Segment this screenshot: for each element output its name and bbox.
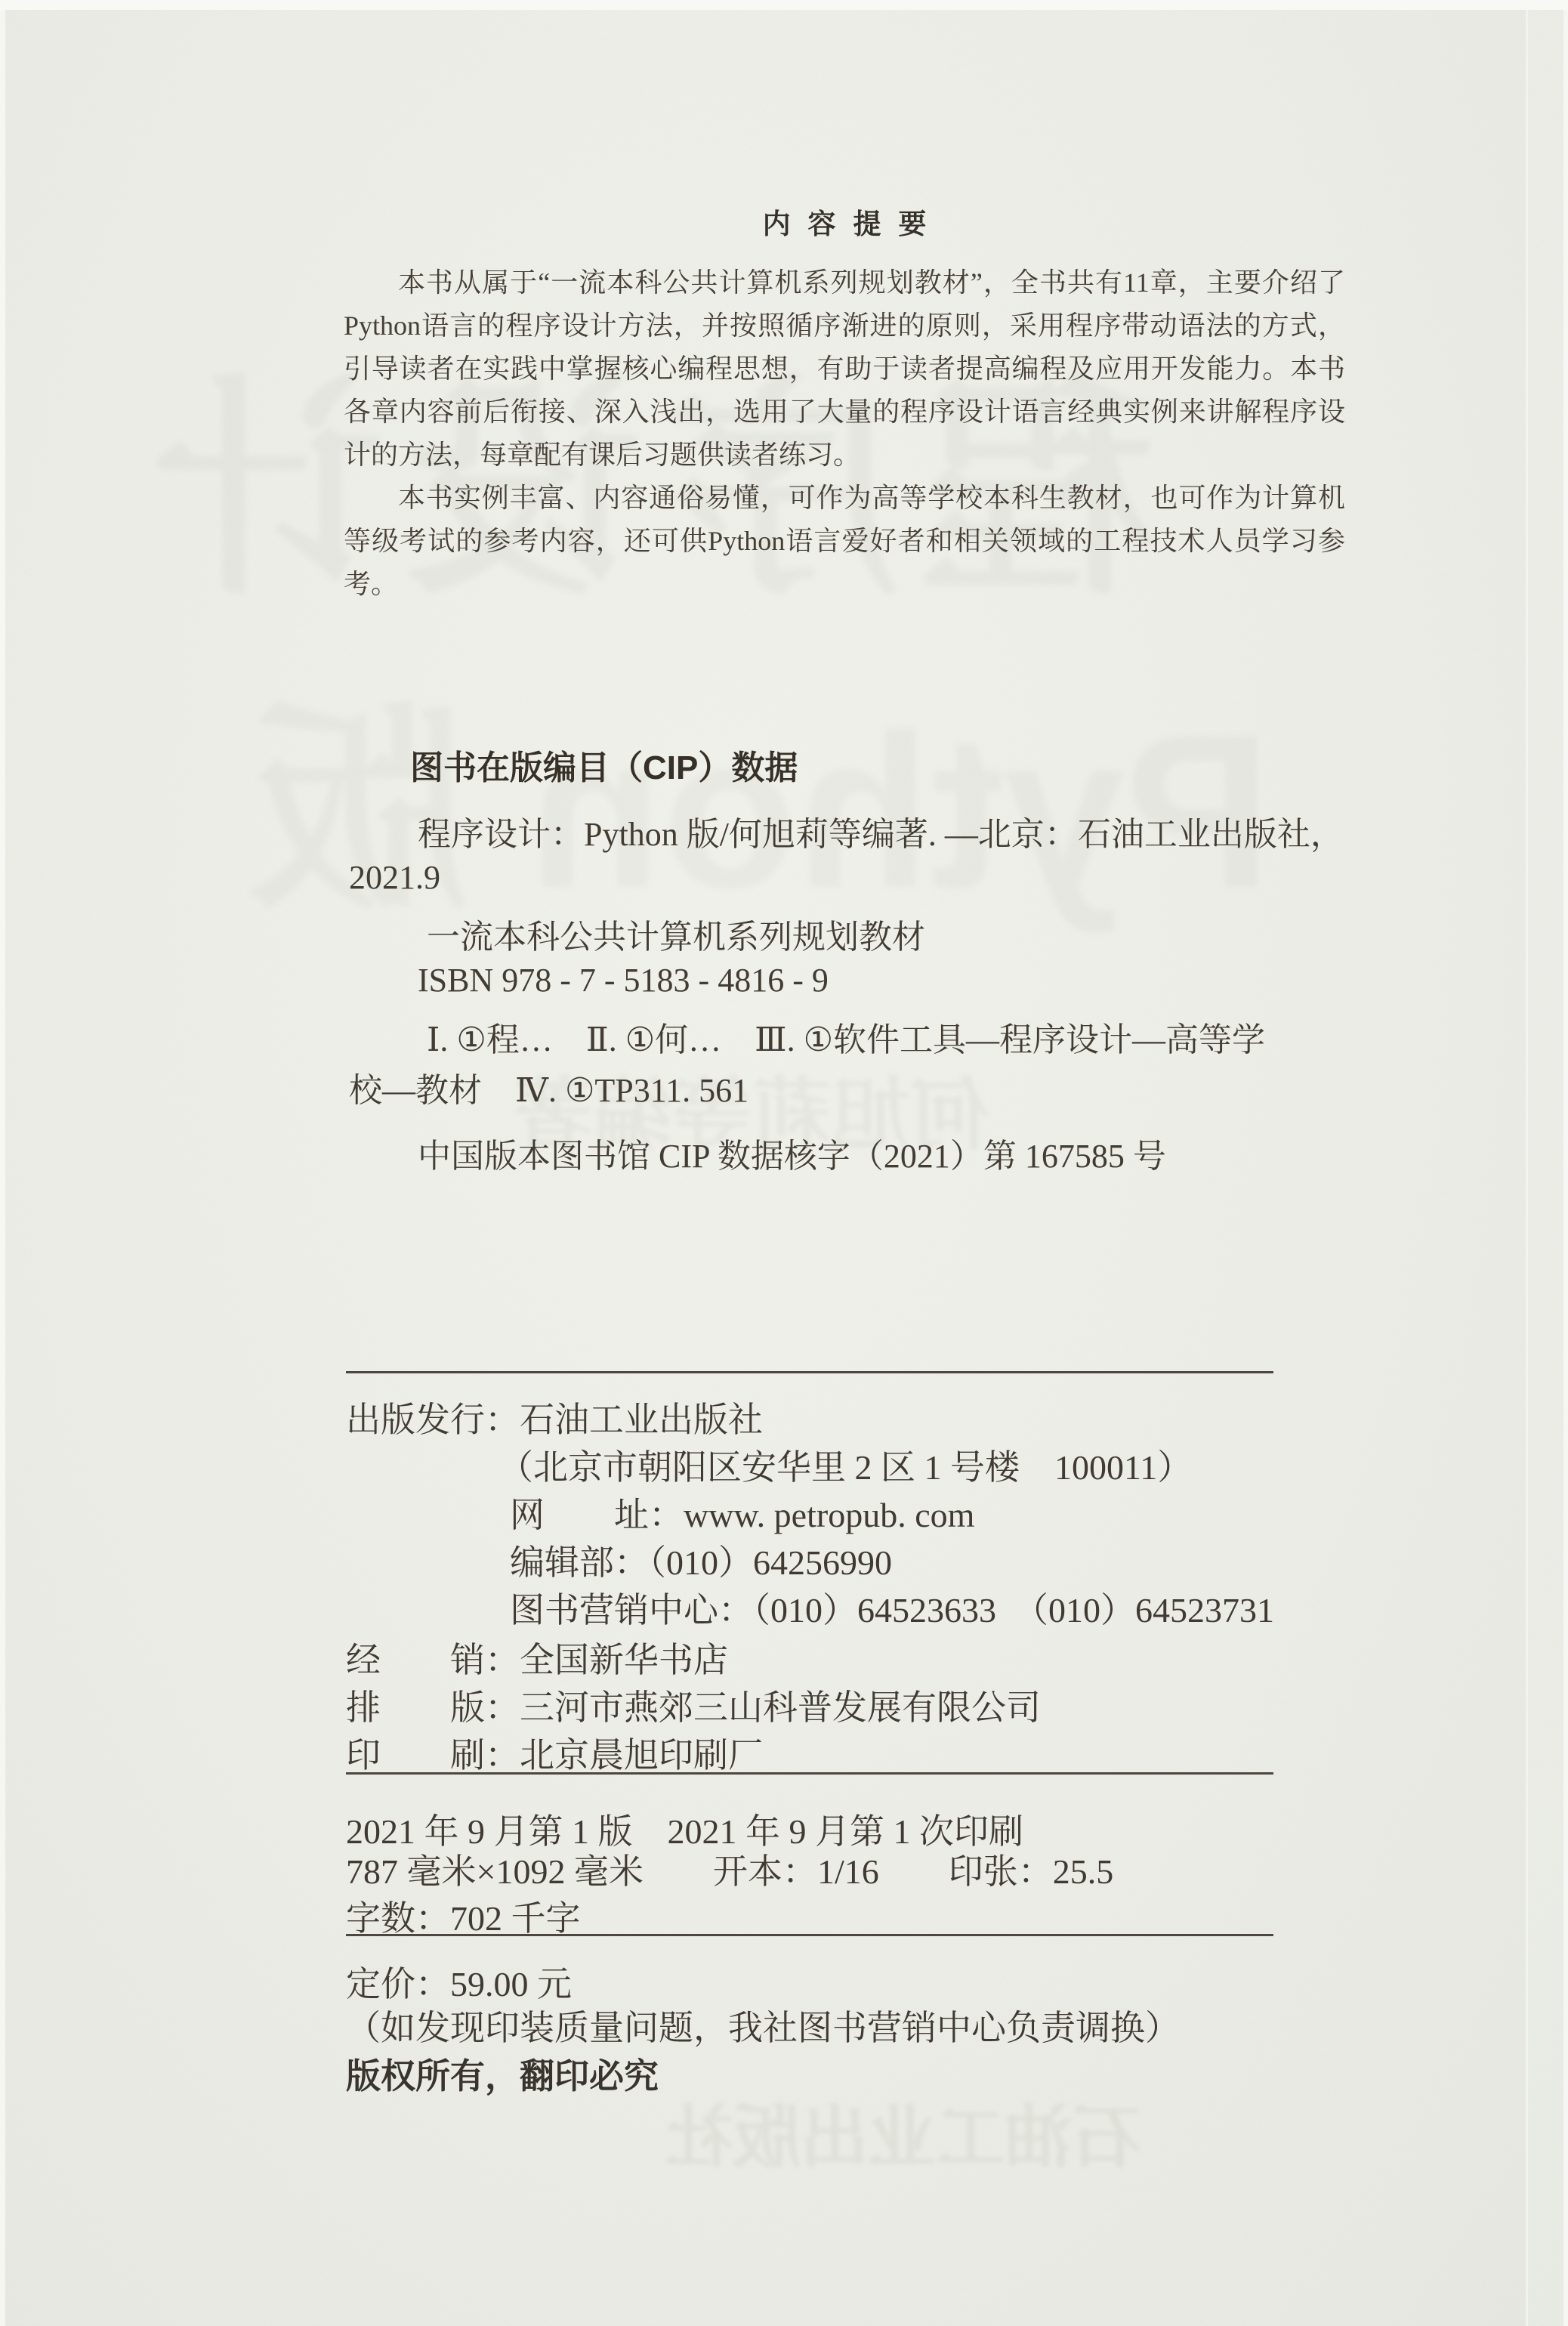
distribution-label: 经 销：: [346, 1641, 520, 1679]
summary-paragraph: 本书实例丰富、内容通俗易懂，可作为高等学校本科生教材，也可作为计算机等级考试的参…: [344, 477, 1345, 606]
scanner-edge-left: [0, 0, 5, 2326]
distribution-row: 经 销：全国新华书店: [346, 1633, 728, 1682]
page-edge-seam: [1526, 0, 1528, 2326]
editorial-dept-phone: （010）64256990: [649, 1543, 892, 1582]
typesetting-label: 排 版：: [346, 1688, 520, 1727]
bleedthrough-publisher-text: 石油工业出版社: [665, 2082, 1141, 2180]
publisher-address: （北京市朝阳区安华里 2 区 1 号楼 100011）: [498, 1448, 1192, 1487]
printer-row: 印 刷：北京晨旭印刷厂: [346, 1728, 763, 1778]
word-count-line: 字数：702 千字: [346, 1891, 581, 1941]
marketing-center-label: 图书营销中心：: [510, 1591, 753, 1629]
scanner-edge-top: [0, 0, 1568, 10]
cip-heading: 图书在版编目（CIP）数据: [410, 740, 798, 789]
website-value: www. petropub. com: [684, 1496, 974, 1534]
publisher-value: 石油工业出版社: [520, 1401, 763, 1439]
format-line: 787 毫米×1092 毫米 开本：1/16 印张：25.5: [346, 1844, 1113, 1894]
price-line: 定价：59.00 元: [346, 1957, 572, 2006]
editorial-dept-row: 编辑部：（010）64256990: [510, 1535, 892, 1585]
publisher-row: 出版发行：石油工业出版社: [346, 1392, 763, 1442]
summary-heading: 内容提要: [344, 201, 1345, 242]
bleedthrough-subtitle-text: Python 版: [249, 635, 1271, 950]
typesetting-row: 排 版：三河市燕郊三山科普发展有限公司: [346, 1680, 1041, 1730]
publisher-label: 出版发行：: [346, 1401, 520, 1439]
cip-year: 2021.9: [349, 858, 440, 897]
scanner-edge-right: [1563, 0, 1568, 2326]
page-edge-highlight: [1528, 0, 1568, 2326]
isbn-line: ISBN 978 - 7 - 5183 - 4816 - 9: [418, 961, 829, 999]
cip-classification-line: 校—教材 Ⅳ. ①TP311. 561: [349, 1063, 749, 1111]
typesetting-value: 三河市燕郊三山科普发展有限公司: [520, 1688, 1041, 1727]
website-row: 网 址：www. petropub. com: [510, 1487, 974, 1537]
content-summary-section: 内容提要 本书从属于“一流本科公共计算机系列规划教材”，全书共有11章，主要介绍…: [344, 201, 1345, 606]
cip-classification-line: Ⅰ. ①程… Ⅱ. ①何… Ⅲ. ①软件工具—程序设计—高等学: [427, 1012, 1265, 1061]
publisher-address-row: （北京市朝阳区安华里 2 区 1 号楼 100011）: [498, 1440, 1192, 1490]
website-label: 网 址：: [510, 1496, 684, 1534]
cip-record-number: 中国版本图书馆 CIP 数据核字（2021）第 167585 号: [418, 1129, 1166, 1177]
copyright-notice: 版权所有，翻印必究: [346, 2049, 659, 2099]
marketing-center-phones: （010）64523633 （010）64523731: [753, 1591, 1274, 1629]
cip-main-entry: 程序设计：Python 版/何旭莉等编著. —北京：石油工业出版社，: [418, 807, 1344, 855]
distribution-value: 全国新华书店: [520, 1641, 728, 1679]
cip-series: 一流本科公共计算机系列规划教材: [427, 910, 925, 958]
copyright-page: 程序设计 Python 版 何旭莉等编著 石油工业出版社 内容提要 本书从属于“…: [0, 0, 1568, 2326]
divider-rule: [346, 1371, 1273, 1373]
printer-label: 印 刷：: [346, 1736, 520, 1775]
marketing-center-row: 图书营销中心：（010）64523633 （010）64523731: [510, 1583, 1274, 1633]
editorial-dept-label: 编辑部：: [510, 1543, 649, 1582]
quality-note: （如发现印装质量问题，我社图书营销中心负责调换）: [346, 2000, 1180, 2050]
summary-paragraph: 本书从属于“一流本科公共计算机系列规划教材”，全书共有11章，主要介绍了Pyth…: [344, 261, 1345, 477]
printer-value: 北京晨旭印刷厂: [520, 1736, 763, 1775]
